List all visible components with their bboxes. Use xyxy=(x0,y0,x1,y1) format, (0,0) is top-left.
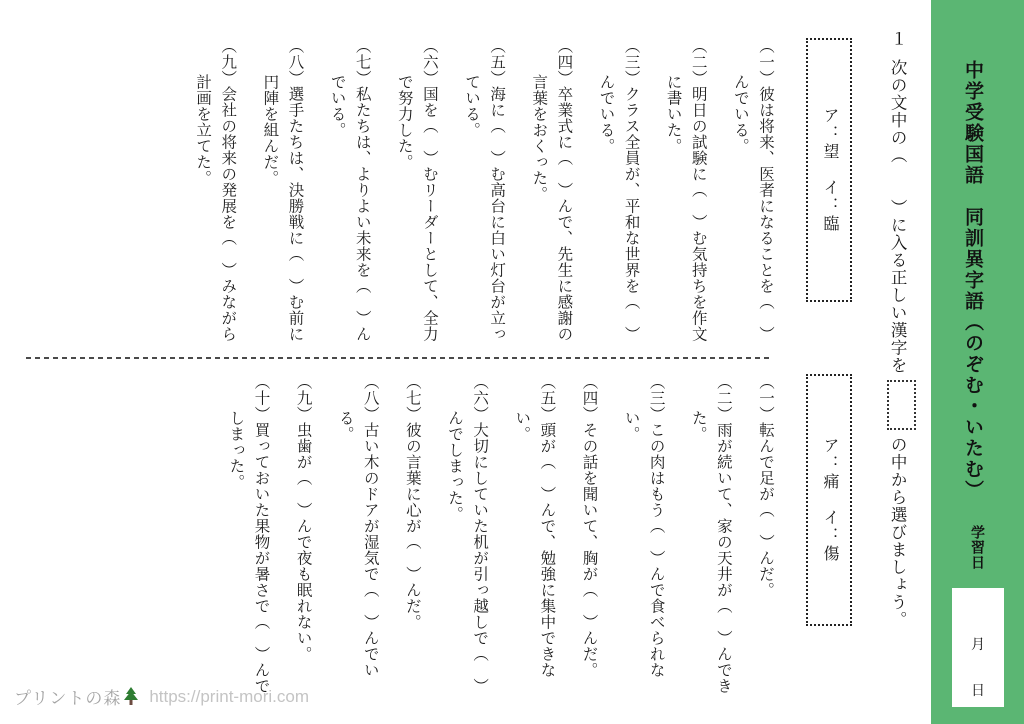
problem-number: （四） xyxy=(555,38,572,86)
problem-text: 選手たちは、決勝戦に（ ）む前に円陣を組んだ。 xyxy=(261,74,303,342)
problem-item: （二）明日の試験に（ ）む気持ちを作文に書いた。 xyxy=(661,38,711,356)
problem-number: （一） xyxy=(757,38,774,86)
problem-text: 頭が（ ）んで、勉強に集中できない。 xyxy=(513,410,555,678)
problem-item: （八）選手たちは、決勝戦に（ ）む前に円陣を組んだ。 xyxy=(257,38,307,356)
section-divider xyxy=(26,357,770,359)
problem-item: （四）その話を聞いて、胸が（ ）んだ。 xyxy=(576,374,601,700)
choices-label: ア：望 イ：臨 xyxy=(816,107,842,233)
tree-icon xyxy=(123,687,139,706)
problem-number: （七） xyxy=(354,38,371,86)
problem-item: （六）大切にしていた机が引っ越しで（ ）んでしまった。 xyxy=(442,374,492,700)
problem-text: 古い木のドアが湿気で（ ）んでいる。 xyxy=(337,410,379,678)
choices-box-itamu: ア：痛 イ：傷 xyxy=(806,374,852,626)
instruction-text: １次の文中の（ ）に入る正しい漢字をの中から選びましょう。 xyxy=(860,30,916,710)
instruction-before-box: 次の文中の（ ）に入る正しい漢字を xyxy=(888,59,906,374)
problem-text: 海に（ ）む高台に白い灯台が立っている。 xyxy=(463,74,505,342)
side-banner: 中学受験国語 同訓異字語（のぞむ・いたむ） 学習日 月 日 xyxy=(931,0,1024,724)
problem-text: 彼の言葉に心が（ ）んだ。 xyxy=(404,422,421,630)
problem-item: （三）クラス全員が、平和な世界を（ ）んでいる。 xyxy=(593,38,643,356)
problem-text: 卒業式に（ ）んで、先生に感謝の言葉をおくった。 xyxy=(530,74,572,342)
instruction-after-box: の中から選びましょう。 xyxy=(888,436,906,629)
problem-text: 国を（ ）むリーダーとして、全力で努力した。 xyxy=(396,74,438,342)
problem-number: （八） xyxy=(286,38,303,86)
site-name: プリントの森 xyxy=(14,684,139,709)
site-name-text: プリントの森 xyxy=(14,684,121,709)
problem-item: （七）私たちは、よりよい未来を（ ）んでいる。 xyxy=(324,38,374,356)
problem-text: 大切にしていた机が引っ越しで（ ）んでしまった。 xyxy=(446,410,488,694)
problem-number: （九） xyxy=(295,374,312,422)
problem-item: （八）古い木のドアが湿気で（ ）んでいる。 xyxy=(333,374,383,700)
problem-text: その話を聞いて、胸が（ ）んだ。 xyxy=(580,422,597,678)
problem-text: 虫歯が（ ）んで夜も眠れない。 xyxy=(295,422,312,662)
problem-item: （四）卒業式に（ ）んで、先生に感謝の言葉をおくった。 xyxy=(526,38,576,356)
problem-text: 買っておいた果物が暑さで（ ）んでしまった。 xyxy=(227,410,269,694)
problem-number: （六） xyxy=(421,38,438,86)
problem-text: 雨が続いて、家の天井が（ ）んできた。 xyxy=(690,410,732,694)
problem-number: （四） xyxy=(580,374,597,422)
problem-number: （九） xyxy=(219,38,236,86)
day-label: 日 xyxy=(952,680,1004,700)
problem-text: 転んで足が（ ）んだ。 xyxy=(757,422,774,598)
problem-item: （十）買っておいた果物が暑さで（ ）んでしまった。 xyxy=(223,374,273,700)
date-entry-box: 月 日 xyxy=(952,588,1004,707)
problem-item: （七）彼の言葉に心が（ ）んだ。 xyxy=(400,374,425,700)
section-itamu: ア：痛 イ：傷 （一）転んで足が（ ）んだ。（二）雨が続いて、家の天井が（ ）ん… xyxy=(20,374,852,700)
problem-text: 明日の試験に（ ）む気持ちを作文に書いた。 xyxy=(665,74,707,342)
problem-item: （五）頭が（ ）んで、勉強に集中できない。 xyxy=(509,374,559,700)
choices-box-nozomu: ア：望 イ：臨 xyxy=(806,38,852,302)
problem-number: （三） xyxy=(648,374,665,422)
page-title: 中学受験国語 同訓異字語（のぞむ・いたむ） xyxy=(959,60,986,501)
problem-text: 私たちは、よりよい未来を（ ）んでいる。 xyxy=(329,74,371,342)
problem-item: （一）転んで足が（ ）んだ。 xyxy=(753,374,778,700)
problem-number: （七） xyxy=(404,374,421,422)
problem-number: （二） xyxy=(690,38,707,86)
study-date-label: 学習日 xyxy=(968,525,988,570)
problem-number: （三） xyxy=(623,38,640,86)
answer-choice-box-placeholder xyxy=(887,380,916,430)
problem-text: クラス全員が、平和な世界を（ ）んでいる。 xyxy=(597,74,639,342)
problem-number: （二） xyxy=(715,374,732,422)
problem-item: （九）虫歯が（ ）んで夜も眠れない。 xyxy=(290,374,315,700)
problem-text: この肉はもう（ ）んで食べられない。 xyxy=(623,410,665,678)
month-label: 月 xyxy=(952,634,1004,654)
problem-number: （五） xyxy=(538,374,555,422)
section-nozomu: ア：望 イ：臨 （一）彼は将来、医者になることを（ ）んでいる。（二）明日の試験… xyxy=(20,38,852,356)
problem-number: （六） xyxy=(471,374,488,422)
problem-text: 会社の将来の発展を（ ）みながら計画を立てた。 xyxy=(194,74,236,342)
problem-number: （八） xyxy=(362,374,379,422)
problem-number: （五） xyxy=(488,38,505,86)
site-url: https://print-mori.com xyxy=(149,687,309,707)
choices-label: ア：痛 イ：傷 xyxy=(816,437,842,563)
problem-number: （一） xyxy=(757,374,774,422)
instruction-number: １ xyxy=(888,30,906,48)
problem-item: （三）この肉はもう（ ）んで食べられない。 xyxy=(618,374,668,700)
footer: プリントの森 https://print-mori.com xyxy=(14,684,309,709)
problem-item: （九）会社の将来の発展を（ ）みながら計画を立てた。 xyxy=(190,38,240,356)
problem-item: （一）彼は将来、医者になることを（ ）んでいる。 xyxy=(728,38,778,356)
problem-item: （六）国を（ ）むリーダーとして、全力で努力した。 xyxy=(392,38,442,356)
problem-number: （十） xyxy=(252,374,269,422)
problem-item: （二）雨が続いて、家の天井が（ ）んできた。 xyxy=(686,374,736,700)
problem-text: 彼は将来、医者になることを（ ）んでいる。 xyxy=(732,74,774,342)
problem-item: （五）海に（ ）む高台に白い灯台が立っている。 xyxy=(459,38,509,356)
